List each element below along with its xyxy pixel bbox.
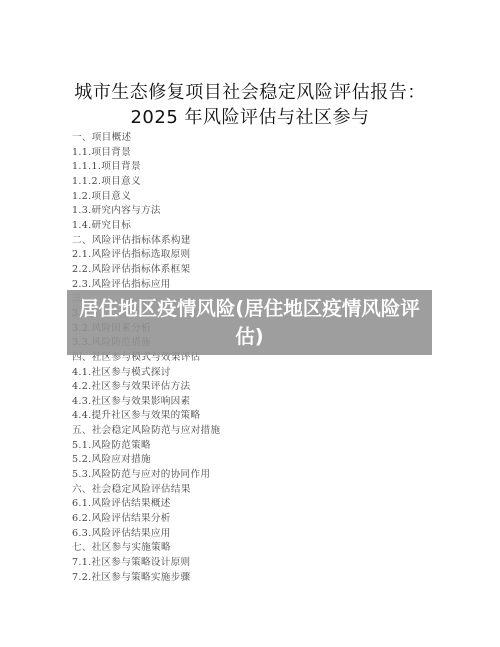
toc-item: 5.3.风险防范与应对的协同作用 [72,468,220,483]
toc-item: 五、社会稳定风险防范与应对措施 [72,424,220,439]
toc-item: 5.1.风险防范策略 [72,439,220,454]
toc-item: 1.1.1.项目背景 [72,160,220,175]
toc-item: 4.2.社区参与效果评估方法 [72,380,220,395]
toc-item: 1.2.项目意义 [72,190,220,205]
toc-item: 4.3.社区参与效果影响因素 [72,395,220,410]
toc-item: 4.4.提升社区参与效果的策略 [72,409,220,424]
toc-item: 1.1.项目背景 [72,146,220,161]
table-of-contents: 一、项目概述 1.1.项目背景 1.1.1.项目背景 1.1.2.项目意义 1.… [72,131,220,585]
title-overlay-banner: 居住地区疫情风险(居住地区疫情风险评估) [67,290,432,355]
toc-item: 7.2.社区参与策略实施步骤 [72,571,220,586]
document-title-line-1: 城市生态修复项目社会稳定风险评估报告： [0,80,500,105]
document-page: 城市生态修复项目社会稳定风险评估报告： 2025 年风险评估与社区参与 一、项目… [0,0,500,647]
toc-item: 5.2.风险应对措施 [72,453,220,468]
toc-item: 六、社会稳定风险评估结果 [72,483,220,498]
toc-item: 2.2.风险评估指标体系框架 [72,263,220,278]
toc-item: 一、项目概述 [72,131,220,146]
toc-item: 4.1.社区参与模式探讨 [72,366,220,381]
toc-item: 1.1.2.项目意义 [72,175,220,190]
toc-item: 1.4.研究目标 [72,219,220,234]
toc-item: 6.3.风险评估结果应用 [72,527,220,542]
overlay-title: 居住地区疫情风险(居住地区疫情风险评估) [77,295,422,351]
toc-item: 1.3.研究内容与方法 [72,204,220,219]
toc-item: 6.1.风险评估结果概述 [72,497,220,512]
toc-item: 二、风险评估指标体系构建 [72,234,220,249]
document-title-line-2: 2025 年风险评估与社区参与 [0,105,500,130]
toc-item: 7.1.社区参与策略设计原则 [72,556,220,571]
toc-item: 七、社区参与实施策略 [72,541,220,556]
toc-item: 2.1.风险评估指标选取原则 [72,248,220,263]
toc-item: 6.2.风险评估结果分析 [72,512,220,527]
